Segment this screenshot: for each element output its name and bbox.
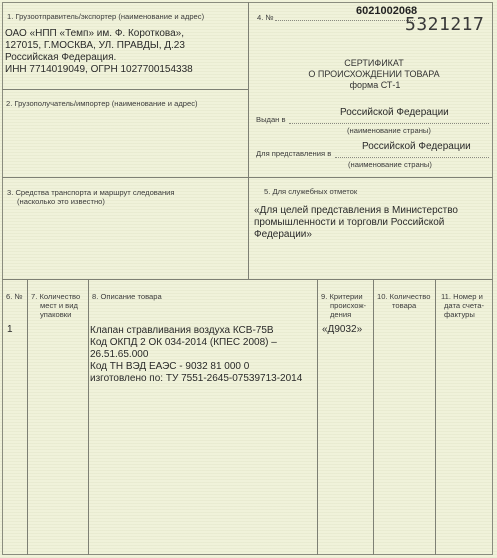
divider-box1-box2 bbox=[2, 89, 249, 90]
header-col11-line1: 11. Номер и bbox=[441, 292, 483, 301]
certificate-stamp-number: 5321217 bbox=[405, 14, 484, 35]
row1-description-line-3: 26.51.65.000 bbox=[90, 349, 148, 361]
presented-in-value: Российской Федерации bbox=[362, 141, 471, 153]
exporter-line-2: 127015, Г.МОСКВА, УЛ. ПРАВДЫ, Д.23 bbox=[5, 40, 185, 52]
certificate-page: 1. Грузоотправитель/экспортер (наименова… bbox=[0, 0, 497, 558]
exporter-line-4: ИНН 7714019049, ОГРН 1027700154338 bbox=[5, 64, 193, 76]
header-col10-line1: 10. Количество bbox=[377, 292, 430, 301]
header-col7-line3: упаковки bbox=[40, 310, 71, 319]
issued-in-label: Выдан в bbox=[256, 115, 286, 124]
header-col11-line3: фактуры bbox=[444, 310, 475, 319]
row1-origin-criteria: «Д9032» bbox=[322, 324, 362, 336]
remarks-line-2: промышленности и торговли Российской bbox=[254, 217, 444, 229]
header-col7-line2: мест и вид bbox=[40, 301, 78, 310]
header-col10-line2: товара bbox=[392, 301, 416, 310]
remarks-line-1: «Для целей представления в Министерство bbox=[254, 205, 458, 217]
row1-number: 1 bbox=[7, 324, 13, 336]
row1-description-line-1: Клапан стравливания воздуха КСВ-75В bbox=[90, 325, 274, 337]
row1-description-line-4: Код ТН ВЭД ЕАЭС - 9032 81 000 0 bbox=[90, 361, 249, 373]
col-divider-10-11 bbox=[435, 279, 436, 555]
certificate-form: форма СТ-1 bbox=[330, 79, 420, 91]
header-col6: 6. № bbox=[6, 292, 23, 301]
header-col9-line2: происхож- bbox=[330, 301, 366, 310]
issued-in-hint: (наименование страны) bbox=[347, 126, 431, 135]
divider-header-table bbox=[2, 279, 493, 280]
col-divider-6-7 bbox=[27, 279, 28, 555]
row1-description-line-2: Код ОКПД 2 ОК 034-2014 (КПЕС 2008) – bbox=[90, 337, 277, 349]
exporter-line-1: ОАО «НПП «Темп» им. Ф. Короткова», bbox=[5, 28, 184, 40]
box5-label: 5. Для служебных отметок bbox=[264, 187, 357, 196]
header-col9-line1: 9. Критерии bbox=[321, 292, 363, 301]
issued-in-value: Российской Федерации bbox=[340, 107, 449, 119]
col-divider-8-9 bbox=[317, 279, 318, 555]
title-line-3: форма СТ-1 bbox=[330, 79, 420, 91]
number-label: 4. № bbox=[257, 13, 274, 22]
header-col11-line2: дата счета- bbox=[444, 301, 484, 310]
col-divider-9-10 bbox=[373, 279, 374, 555]
row1-description-line-5: изготовлено по: ТУ 7551-2645-07539713-20… bbox=[90, 373, 302, 385]
remarks-line-3: Федерации» bbox=[254, 229, 312, 241]
divider-left-right bbox=[248, 2, 249, 279]
box1-label: 1. Грузоотправитель/экспортер (наименова… bbox=[7, 12, 204, 21]
issued-in-dotted-line bbox=[289, 123, 489, 124]
header-col7-line1: 7. Количество bbox=[31, 292, 80, 301]
exporter-line-3: Российская Федерация. bbox=[5, 52, 116, 64]
box3-label-line1: 3. Средства транспорта и маршрут следова… bbox=[7, 188, 175, 197]
presented-in-dotted-line bbox=[335, 157, 489, 158]
col-divider-7-8 bbox=[88, 279, 89, 555]
box3-label-line2: (насколько это известно) bbox=[17, 197, 105, 206]
presented-in-label: Для представления в bbox=[256, 149, 331, 158]
header-col8: 8. Описание товара bbox=[92, 292, 162, 301]
number-dotted-line bbox=[275, 20, 415, 21]
header-col9-line3: дения bbox=[330, 310, 351, 319]
presented-in-hint: (наименование страны) bbox=[348, 160, 432, 169]
box2-label: 2. Грузополучатель/импортер (наименовани… bbox=[6, 99, 198, 108]
